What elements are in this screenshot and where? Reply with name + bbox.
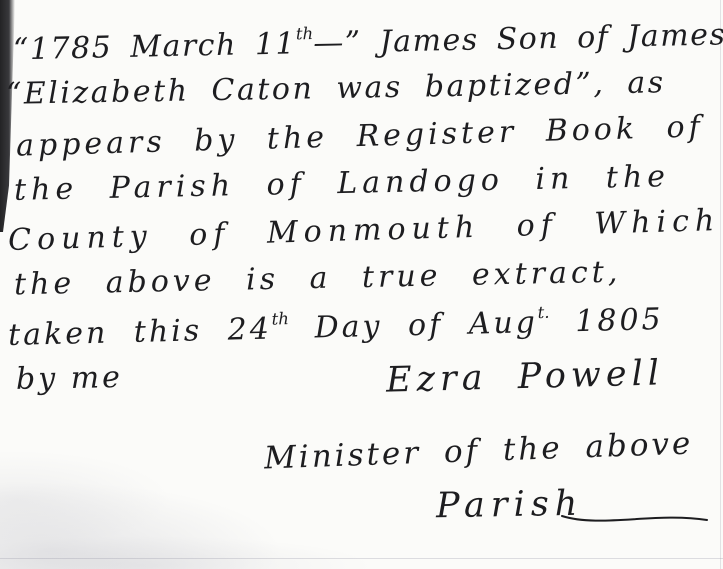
line-text: “1785 March 11 xyxy=(13,26,297,67)
line-baptism-date: “1785 March 11th—” James Son of James an… xyxy=(13,16,723,66)
signature-text: Ezra Powell xyxy=(386,353,665,400)
line-text: 1805 xyxy=(549,302,664,340)
scan-bottom-edge xyxy=(0,558,723,559)
signature-flourish xyxy=(560,508,710,532)
line-parish-landogo: the Parish of Landogo in the xyxy=(14,162,671,206)
superscript-ordinal: th xyxy=(296,24,314,43)
line-text: taken this 24 xyxy=(8,312,273,353)
signature-ezra-powell: Ezra Powell xyxy=(386,356,665,398)
line-text: County of Monmouth of Which xyxy=(8,203,721,258)
line-extract-date: taken this 24th Day of Augt. 1805 xyxy=(8,302,664,351)
scan-right-edge xyxy=(720,0,721,569)
superscript-ordinal: th xyxy=(271,309,289,328)
line-county-monmouth: County of Monmouth of Which xyxy=(8,206,721,256)
line-by-me: by me xyxy=(16,363,123,395)
line-text: “Elizabeth Caton was baptized”, as xyxy=(6,65,666,112)
line-text: —” James Son of James and xyxy=(313,16,723,61)
superscript-abbreviation: t. xyxy=(537,303,549,322)
scanned-document-page: “1785 March 11th—” James Son of James an… xyxy=(0,0,723,569)
line-mother-name: “Elizabeth Caton was baptized”, as xyxy=(6,68,666,110)
line-text: appears by the Register Book of xyxy=(16,109,705,163)
line-text: the above is a true extract, xyxy=(14,255,622,303)
line-text: Day of Aug xyxy=(289,305,539,346)
line-register-book: appears by the Register Book of xyxy=(16,112,704,161)
line-true-extract: the above is a true extract, xyxy=(14,258,622,301)
line-text: the Parish of Landogo in the xyxy=(14,159,671,208)
line-text: by me xyxy=(16,360,123,397)
